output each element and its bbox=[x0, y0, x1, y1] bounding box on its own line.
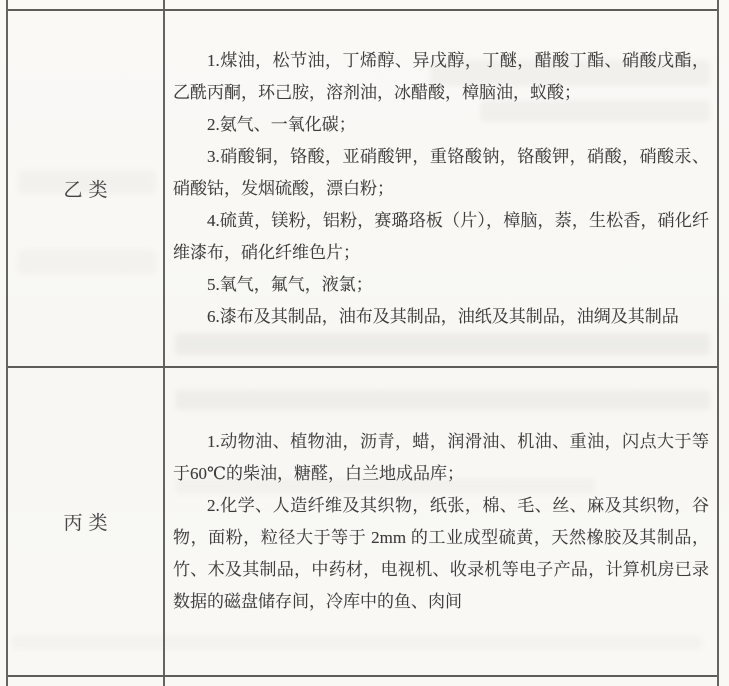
category-cell-bing: 丙类 bbox=[8, 368, 165, 675]
table-row-partial-top bbox=[8, 0, 717, 9]
category-cell-yi: 乙类 bbox=[8, 11, 165, 366]
table-row-class-bing: 丙类 1.动物油、植物油，沥青，蜡，润滑油、机油、重油，闪点大于等于60℃的柴油… bbox=[8, 366, 717, 675]
hazard-item: 5.氧气，氟气，液氯； bbox=[173, 269, 709, 301]
items-cell-empty bbox=[165, 677, 717, 686]
category-cell-empty bbox=[8, 0, 165, 9]
scanned-document-page: 乙类 1.煤油，松节油，丁烯醇、异戊醇，丁醚，醋酸丁酯、硝酸戊酯，乙酰丙酮，环己… bbox=[0, 0, 729, 686]
items-cell-bing: 1.动物油、植物油，沥青，蜡，润滑油、机油、重油，闪点大于等于60℃的柴油，糖醛… bbox=[165, 368, 717, 675]
category-label-yi: 乙类 bbox=[63, 175, 113, 202]
hazard-item: 1.煤油，松节油，丁烯醇、异戊醇，丁醚，醋酸丁酯、硝酸戊酯，乙酰丙酮，环己胺，溶… bbox=[173, 45, 709, 109]
items-cell-empty bbox=[165, 0, 717, 9]
table-row-class-yi: 乙类 1.煤油，松节油，丁烯醇、异戊醇，丁醚，醋酸丁酯、硝酸戊酯，乙酰丙酮，环己… bbox=[8, 9, 717, 366]
hazard-item: 2.氨气、一氧化碳； bbox=[173, 109, 709, 141]
items-cell-yi: 1.煤油，松节油，丁烯醇、异戊醇，丁醚，醋酸丁酯、硝酸戊酯，乙酰丙酮，环己胺，溶… bbox=[165, 11, 717, 366]
hazard-item: 3.硝酸铜，铬酸，亚硝酸钾，重铬酸钠，铬酸钾，硝酸，硝酸汞、硝酸钴，发烟硫酸，漂… bbox=[173, 141, 709, 205]
hazard-item: 6.漆布及其制品，油布及其制品，油纸及其制品，油绸及其制品 bbox=[173, 301, 709, 333]
fire-hazard-classification-table: 乙类 1.煤油，松节油，丁烯醇、异戊醇，丁醚，醋酸丁酯、硝酸戊酯，乙酰丙酮，环己… bbox=[6, 0, 719, 686]
category-cell-empty bbox=[8, 677, 165, 686]
category-label-bing: 丙类 bbox=[63, 508, 113, 535]
hazard-item: 4.硫黄，镁粉，铝粉，赛璐珞板（片），樟脑，萘，生松香，硝化纤维漆布，硝化纤维色… bbox=[173, 205, 709, 269]
hazard-item: 2.化学、人造纤维及其织物，纸张，棉、毛、丝、麻及其织物，谷物，面粉，粒径大于等… bbox=[173, 490, 709, 618]
table-row-partial-bottom bbox=[8, 675, 717, 686]
hazard-item: 1.动物油、植物油，沥青，蜡，润滑油、机油、重油，闪点大于等于60℃的柴油，糖醛… bbox=[173, 426, 709, 490]
